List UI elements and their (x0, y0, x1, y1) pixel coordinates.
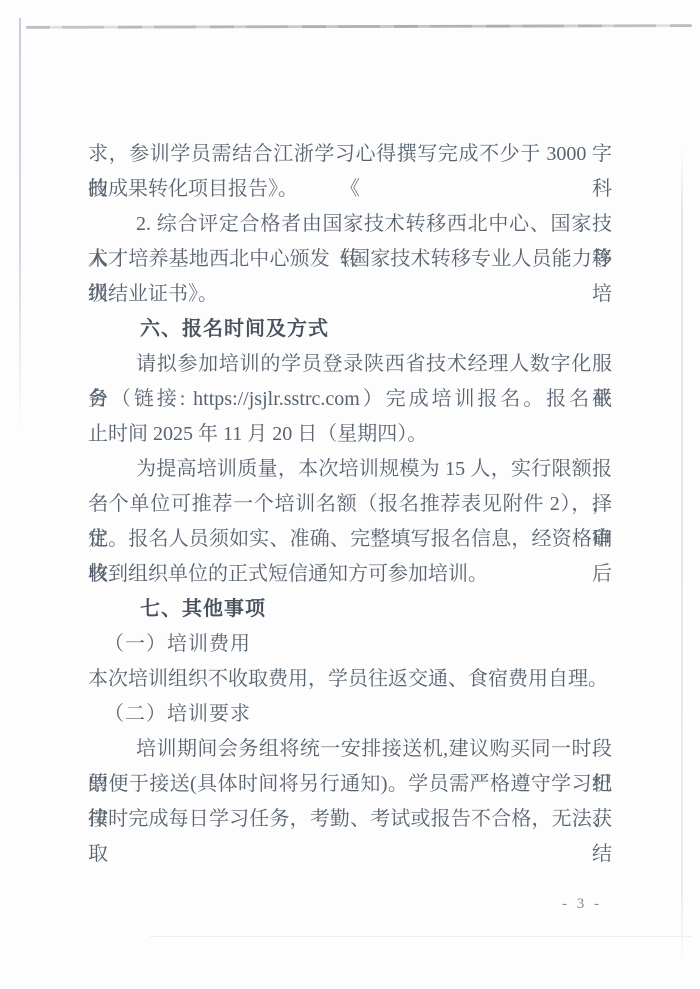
document-line: 请拟参加培训的学员登录陕西省技术经理人数字化服务平 (88, 347, 612, 382)
section-heading: 六、报名时间及方式 (88, 312, 612, 347)
sub-heading: （一）培训费用 (88, 627, 612, 662)
document-line: 按时完成每日学习任务，考勤、考试或报告不合格，无法获取结 (88, 802, 612, 837)
document-line: 票便于接送(具体时间将另行通知)。学员需严格遵守学习纪律、 (88, 767, 612, 802)
scan-artifact-left-line (19, 18, 21, 432)
document-line: 求，参训学员需结合江浙学习心得撰写完成不少于 3000 字的《科 (88, 137, 612, 172)
scan-artifact-right-line (681, 146, 683, 958)
document-line: 为提高培训质量，本次培训规模为 15 人，实行限额报名， (88, 452, 612, 487)
document-line: 台（链接: https://jsjlr.sstrc.com）完成培训报名。报名截 (88, 382, 612, 417)
document-line: 2. 综合评定合格者由国家技术转移西北中心、国家技术转移 (88, 207, 612, 242)
scanned-document-page: 求，参训学员需结合江浙学习心得撰写完成不少于 3000 字的《科技成果转化项目报… (0, 0, 700, 989)
document-line: 一个单位可推荐一个培训名额（报名推荐表见附件 2），择优确 (88, 487, 612, 522)
document-line: 定。报名人员须如实、准确、完整填写报名信息，经资格审核后 (88, 522, 612, 557)
sub-heading: （二）培训要求 (88, 697, 612, 732)
scan-artifact-bottom-line (150, 936, 692, 937)
page-number: - 3 - (552, 896, 612, 913)
section-heading: 七、其他事项 (88, 592, 612, 627)
document-line: 人才培养基地西北中心颁发《国家技术转移专业人员能力等级培 (88, 242, 612, 277)
document-line: 培训期间会务组将统一安排接送机,建议购买同一时段的机 (88, 732, 612, 767)
scan-artifact-top-edge (26, 24, 692, 29)
document-body: 求，参训学员需结合江浙学习心得撰写完成不少于 3000 字的《科技成果转化项目报… (88, 137, 612, 837)
document-line: 止时间 2025 年 11 月 20 日（星期四）。 (88, 417, 612, 452)
document-line: 本次培训组织不收取费用，学员往返交通、食宿费用自理。 (88, 662, 612, 697)
